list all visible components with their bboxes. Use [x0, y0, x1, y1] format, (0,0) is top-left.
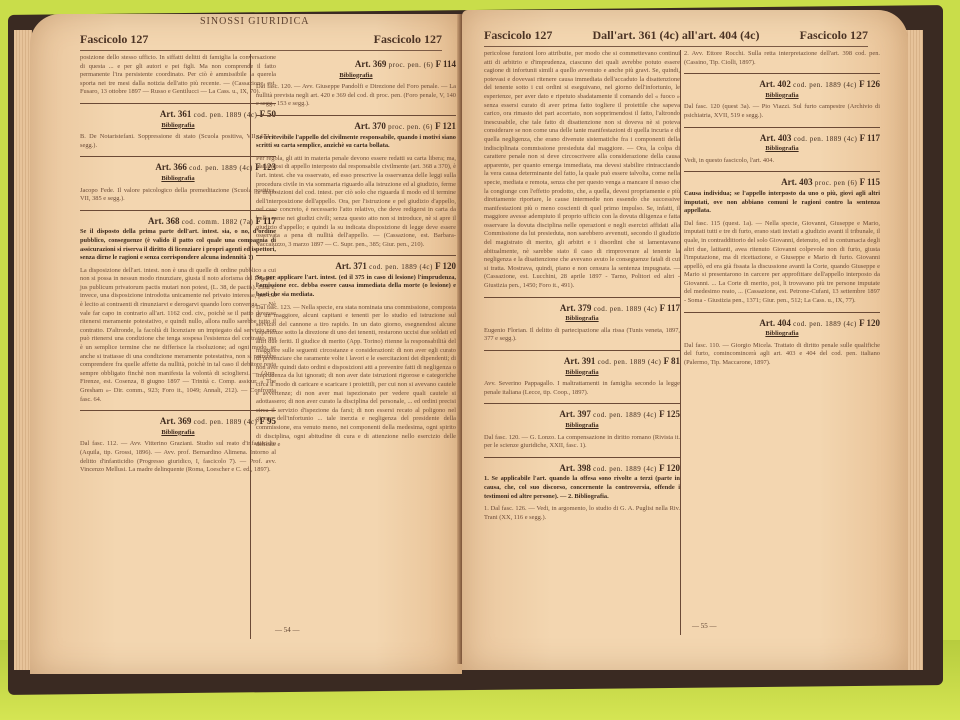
article-heading: Art. 403 proc. pen (6) F 115 [684, 178, 880, 188]
left-column-1: posizione dello stesso ufficio. In siffa… [80, 54, 276, 479]
article-heading: Art. 404 cod. pen. 1889 (4c) F 120 [684, 319, 880, 329]
header-left: Fascicolo 127 [484, 28, 552, 43]
paragraph: Per regola, gli atti in materia penale d… [256, 155, 456, 250]
divider [80, 156, 276, 157]
paragraph: posizione dello stesso ufficio. In siffa… [80, 54, 276, 97]
paragraph: Dal fasc. 120. — Avv. Giuseppe Pandolfi … [256, 83, 456, 109]
bibliography-label: Bibliografia [484, 315, 680, 324]
right-page: Fascicolo 127 Dall'art. 361 (4c) all'art… [462, 10, 908, 670]
page-number: — 54 — [275, 626, 300, 634]
paragraph: Dal fasc. 120 (quest 3a). — Pio Viazzi. … [684, 103, 880, 120]
divider [684, 73, 880, 74]
divider [80, 103, 276, 104]
article-heading: Art. 370 proc. pen. (6) F 121 [256, 122, 456, 132]
bibliography-label: Bibliografia [80, 122, 276, 131]
paragraph: Vedi, in questo fascicolo, l'art. 404. [684, 157, 880, 166]
column-rule [680, 50, 681, 635]
paragraph: Dal fasc. 115 (quest. 1a). — Nella speci… [684, 220, 880, 306]
running-head: SINOSSI GIURIDICA [200, 16, 310, 27]
header-right: Fascicolo 127 [374, 32, 442, 47]
right-column-1: pericolose funzioni loro attribuite, per… [484, 50, 680, 526]
bibliography-label: Bibliografia [80, 175, 276, 184]
divider [484, 457, 680, 458]
article-heading: Art. 369 proc. pen. (6) F 114 [256, 60, 456, 70]
page-number: — 55 — [692, 622, 717, 630]
divider [256, 255, 456, 256]
divider [484, 350, 680, 351]
question: Causa individua; se l'appello interposto… [684, 190, 880, 216]
header-left: Fascicolo 127 [80, 32, 148, 47]
paragraph: B. De Notaristefani. Soppressione di sta… [80, 133, 276, 150]
bibliography-label: Bibliografia [684, 145, 880, 154]
question: Se, per applicare l'art. intest. (ed il … [256, 274, 456, 300]
question: Se il disposto della prima parte dell'ar… [80, 228, 276, 262]
divider [684, 127, 880, 128]
article-heading: Art. 371 cod. pen. 1889 (4c) F 120 [256, 262, 456, 272]
article-heading: Art. 368 cod. comm. 1882 (7a) F 117 [80, 217, 276, 227]
article-heading: Art. 361 cod. pen. 1889 (4c) F 50 [80, 110, 276, 120]
page-header: Fascicolo 127 Fascicolo 127 [80, 32, 442, 51]
paragraph: Jacopo Fede. Il valore psicologico della… [80, 187, 276, 204]
divider [684, 312, 880, 313]
bibliography-label: Bibliografia [484, 422, 680, 431]
page-header: Fascicolo 127 Dall'art. 361 (4c) all'art… [484, 28, 868, 47]
paragraph: 2. Avv. Ettore Rocchi. Sulla retta inter… [684, 50, 880, 67]
bibliography-label: Bibliografia [684, 92, 880, 101]
paragraph: La disposizione dell'art. intest. non è … [80, 267, 276, 405]
paragraph: Dal fasc. 112. — Avv. Vitterino Graziani… [80, 440, 276, 474]
paragraph: Dal fasc. 120. — G. Lonzo. La compensazi… [484, 434, 680, 451]
right-column-2: 2. Avv. Ettore Rocchi. Sulla retta inter… [684, 50, 880, 372]
header-center: Dall'art. 361 (4c) all'art. 404 (4c) [593, 28, 760, 43]
article-heading: Art. 397 cod. pen. 1889 (4c) F 125 [484, 410, 680, 420]
article-heading: Art. 402 cod. pen. 1889 (4c) F 126 [684, 80, 880, 90]
header-right: Fascicolo 127 [800, 28, 868, 43]
divider [484, 403, 680, 404]
bibliography-label: Bibliografia [80, 429, 276, 438]
article-heading: Art. 403 cod. pen. 1889 (4c) F 117 [684, 134, 880, 144]
paragraph: Dal fasc. 123. — Nella specie, era stata… [256, 304, 456, 450]
paragraph: Avv. Severino Pappagallo. I maltrattamen… [484, 380, 680, 397]
question: Se irricevibile l'appello del civilmente… [256, 134, 456, 151]
paragraph: 1. Dal fasc. 126. — Vedi, in argomento, … [484, 505, 680, 522]
article-heading: Art. 369 cod. pen. 1889 (4c) F 95 [80, 417, 276, 427]
divider [80, 410, 276, 411]
bibliography-label: Bibliografia [484, 369, 680, 378]
bibliography-label: Bibliografia [684, 330, 880, 339]
paragraph: pericolose funzioni loro attribuite, per… [484, 50, 680, 291]
paragraph: Dal fasc. 110. — Giorgio Micela. Trattat… [684, 342, 880, 368]
left-column-2: Art. 369 proc. pen. (6) F 114 Bibliograf… [256, 54, 456, 454]
bibliography-label: Bibliografia [256, 72, 456, 81]
paragraph: Eugenio Florian. Il delitto di partecipa… [484, 327, 680, 344]
divider [80, 210, 276, 211]
question: 1. Se applicabile l'art. quando la offes… [484, 475, 680, 501]
divider [256, 115, 456, 116]
article-heading: Art. 366 cod. pen. 1889 (4c) F 123 [80, 163, 276, 173]
divider [684, 171, 880, 172]
article-heading: Art. 391 cod. pen. 1889 (4c) F 81 [484, 357, 680, 367]
article-heading: Art. 398 cod. pen. 1889 (4c) F 120 [484, 464, 680, 474]
divider [484, 297, 680, 298]
left-page: SINOSSI GIURIDICA Fascicolo 127 Fascicol… [30, 14, 462, 674]
article-heading: Art. 379 cod. pen. 1889 (4c) F 117 [484, 304, 680, 314]
